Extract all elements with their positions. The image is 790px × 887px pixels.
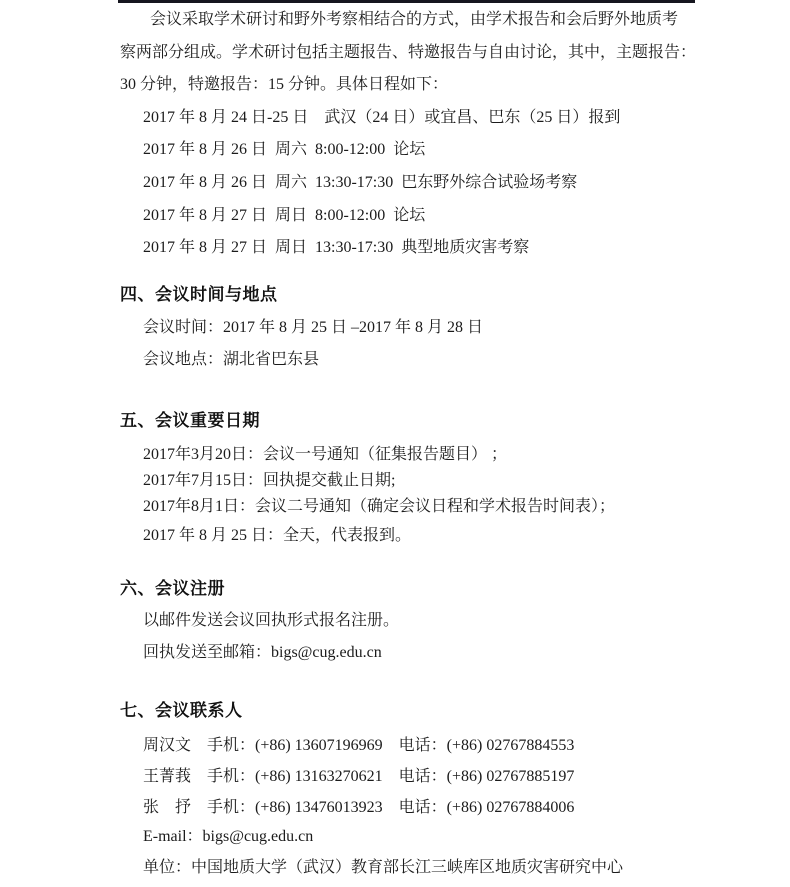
section-important-dates: 五、会议重要日期 2017年3月20日：会议一号通知（征集报告题目） ； 201… bbox=[120, 410, 740, 551]
section-heading-contacts: 七、会议联系人 bbox=[120, 700, 740, 722]
section-contacts: 七、会议联系人 周汉文 手机：(+86) 13607196969 电话：(+86… bbox=[120, 700, 740, 885]
meeting-location: 会议地点：湖北省巴东县 bbox=[120, 344, 740, 377]
intro-line: 会议采取学术研讨和野外考察相结合的方式，由学术报告和会后野外地质考 bbox=[120, 4, 740, 37]
schedule-item: 2017 年 8 月 26 日 周六 8:00-12:00 论坛 bbox=[120, 134, 740, 167]
important-date: 2017年7月15日：回执提交截止日期; bbox=[120, 468, 740, 494]
top-rule bbox=[118, 0, 695, 3]
document-page: 会议采取学术研讨和野外考察相结合的方式，由学术报告和会后野外地质考 察两部分组成… bbox=[0, 0, 790, 887]
schedule-item: 2017 年 8 月 27 日 周日 13:30-17:30 典型地质灾害考察 bbox=[120, 232, 740, 265]
schedule-item: 2017 年 8 月 26 日 周六 13:30-17:30 巴东野外综合试验场… bbox=[120, 167, 740, 200]
meeting-time: 会议时间：2017 年 8 月 25 日 –2017 年 8 月 28 日 bbox=[120, 312, 740, 345]
intro-line: 察两部分组成。学术研讨包括主题报告、特邀报告与自由讨论，其中，主题报告： bbox=[120, 37, 740, 70]
contact-row: 王菁莪 手机：(+86) 13163270621 电话：(+86) 027678… bbox=[120, 761, 740, 792]
intro-line: 30 分钟，特邀报告：15 分钟。具体日程如下： bbox=[120, 69, 740, 102]
section-heading-important-dates: 五、会议重要日期 bbox=[120, 410, 740, 432]
registration-method: 以邮件发送会议回执形式报名注册。 bbox=[120, 605, 740, 638]
important-date: 2017年8月1日：会议二号通知（确定会议日程和学术报告时间表）； bbox=[120, 494, 740, 520]
schedule-item: 2017 年 8 月 24 日-25 日 武汉（24 日）或宜昌、巴东（25 日… bbox=[120, 102, 740, 135]
section-heading-time-location: 四、会议时间与地点 bbox=[120, 284, 740, 306]
contact-row: 张 抒 手机：(+86) 13476013923 电话：(+86) 027678… bbox=[120, 792, 740, 823]
section-time-location: 四、会议时间与地点 会议时间：2017 年 8 月 25 日 –2017 年 8… bbox=[120, 284, 740, 377]
important-date: 2017 年 8 月 25 日：全天，代表报到。 bbox=[120, 521, 740, 551]
important-date: 2017年3月20日：会议一号通知（征集报告题目） ； bbox=[120, 442, 740, 468]
contact-affiliation: 单位：中国地质大学（武汉）教育部长江三峡库区地质灾害研究中心 bbox=[120, 851, 740, 885]
contact-row: 周汉文 手机：(+86) 13607196969 电话：(+86) 027678… bbox=[120, 730, 740, 761]
document-content: 会议采取学术研讨和野外考察相结合的方式，由学术报告和会后野外地质考 察两部分组成… bbox=[120, 4, 740, 885]
section-registration: 六、会议注册 以邮件发送会议回执形式报名注册。 回执发送至邮箱：bigs@cug… bbox=[120, 578, 740, 670]
schedule-list: 2017 年 8 月 24 日-25 日 武汉（24 日）或宜昌、巴东（25 日… bbox=[120, 102, 740, 265]
intro-paragraph: 会议采取学术研讨和野外考察相结合的方式，由学术报告和会后野外地质考 察两部分组成… bbox=[120, 4, 740, 102]
registration-email: 回执发送至邮箱：bigs@cug.edu.cn bbox=[120, 637, 740, 670]
schedule-item: 2017 年 8 月 27 日 周日 8:00-12:00 论坛 bbox=[120, 200, 740, 233]
contact-email: E-mail：bigs@cug.edu.cn bbox=[120, 823, 740, 851]
section-heading-registration: 六、会议注册 bbox=[120, 578, 740, 600]
